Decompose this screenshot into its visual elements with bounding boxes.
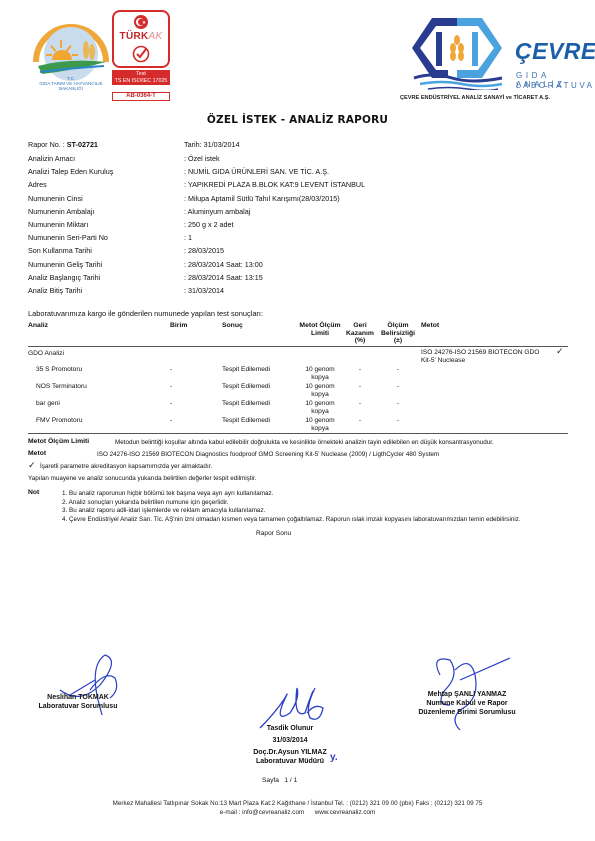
signature-left: Neslihan TOKMAK Laboratuvar Sorumlusu bbox=[28, 693, 128, 711]
note-item: 3. Bu analiz raporu adli-idari işlemlerd… bbox=[62, 507, 265, 514]
col-header-recovery-1: Geri bbox=[342, 322, 378, 330]
group-name: GDO Analizi bbox=[28, 350, 64, 358]
cell-uncertainty: - bbox=[378, 383, 418, 391]
cell-limit-line-1: 10 genom bbox=[295, 383, 345, 391]
signer-center-role: Laboratuvar Müdürü bbox=[240, 757, 340, 766]
cevre-company-name: ÇEVRE ENDÜSTRİYEL ANALİZ SANAYİ ve TİCAR… bbox=[400, 95, 595, 101]
report-number: Rapor No. : ST-02721 bbox=[28, 139, 98, 150]
signer-right-role-1: Numune Kabul ve Rapor bbox=[412, 699, 522, 708]
signer-right-role-2: Düzenleme Birimi Sorumlusu bbox=[412, 708, 522, 717]
info-label: Analizin Amacı bbox=[28, 153, 75, 164]
cell-sonuc: Tespit Edilemedi bbox=[222, 366, 270, 374]
info-value: : NUMİL GIDA ÜRÜNLERİ SAN. VE TİC. A.Ş. bbox=[184, 166, 329, 177]
signer-right-name: Mehtap ŞANLI YANMAZ bbox=[412, 690, 522, 699]
handwritten-initial: y. bbox=[330, 752, 338, 763]
note-item: 2. Analiz sonuçları yukarıda belirtilen … bbox=[62, 499, 229, 506]
cell-birim: - bbox=[170, 383, 180, 391]
col-header-uncertainty: Ölçüm Belirsizliği (±) bbox=[378, 322, 418, 345]
group-method-line-2: Kit-5' Nuclease bbox=[421, 357, 465, 365]
report-date-label: Tarih: bbox=[184, 140, 202, 149]
turkak-standard: TS EN ISO/IEC 17025 bbox=[112, 78, 170, 85]
cell-sonuc: Tespit Edilemedi bbox=[222, 383, 270, 391]
col-header-analiz: Analiz bbox=[28, 322, 48, 330]
info-label: Numunenin Geliş Tarihi bbox=[28, 259, 102, 270]
cevre-emblem-icon bbox=[402, 10, 512, 90]
page-indicator: Sayfa 1 / 1 bbox=[262, 777, 297, 784]
col-header-uncertainty-1: Ölçüm bbox=[378, 322, 418, 330]
info-value: : 250 g x 2 adet bbox=[184, 219, 234, 230]
report-end: Rapor Sonu bbox=[256, 530, 291, 537]
ministry-line-3: BAKANLIĞI bbox=[28, 86, 114, 91]
cell-analiz: NOS Terminatoru bbox=[36, 383, 87, 391]
accreditation-check-icon: ✓ bbox=[28, 460, 36, 471]
col-header-recovery-2: Kazanım bbox=[342, 330, 378, 338]
col-header-uncertainty-2: Belirsizliği bbox=[378, 330, 418, 338]
page-total: 1 bbox=[294, 777, 298, 784]
signature-right: Mehtap ŞANLI YANMAZ Numune Kabul ve Rapo… bbox=[412, 690, 522, 717]
report-number-value: ST-02721 bbox=[67, 140, 98, 149]
info-value: : 31/03/2014 bbox=[184, 285, 224, 296]
info-value: : Milupa Aptamil Sütlü Tahıl Karışımı(28… bbox=[184, 193, 340, 204]
table-header-divider bbox=[28, 346, 568, 347]
col-header-birim: Birim bbox=[170, 322, 187, 330]
notes-label: Not bbox=[28, 489, 39, 496]
cell-limit: 10 genomkopya bbox=[295, 383, 345, 399]
signature-center: Tasdik Olunur 31/03/2014 Doç.Dr.Aysun YI… bbox=[240, 724, 340, 766]
info-value: : 28/03/2015 bbox=[184, 245, 224, 256]
info-label: Adres bbox=[28, 179, 47, 190]
turkak-brand: TÜRKAK bbox=[112, 31, 170, 42]
cell-limit: 10 genomkopya bbox=[295, 400, 345, 416]
approval-label: Tasdik Olunur bbox=[240, 724, 340, 733]
col-header-limit: Metot Ölçüm Limiti bbox=[295, 322, 345, 337]
turkish-flag-icon bbox=[134, 15, 148, 29]
limit-note-text: Metodun belirttiği koşullar altında kabu… bbox=[115, 439, 494, 446]
report-number-label: Rapor No. : bbox=[28, 140, 65, 149]
cell-recovery: - bbox=[342, 366, 378, 374]
cell-limit: 10 genomkopya bbox=[295, 417, 345, 433]
cell-uncertainty: - bbox=[378, 366, 418, 374]
info-value: : Aluminyum ambalaj bbox=[184, 206, 250, 217]
cevre-brand-name: ÇEVRE bbox=[515, 38, 595, 65]
cell-limit-line-2: kopya bbox=[295, 408, 345, 416]
page-separator: / bbox=[290, 777, 292, 784]
col-header-recovery: Geri Kazanım (%) bbox=[342, 322, 378, 345]
cevre-logo: ÇEVRE GIDA ANALİZ LABORATUVARI ÇEVRE END… bbox=[400, 8, 595, 103]
cell-sonuc: Tespit Edilemedi bbox=[222, 417, 270, 425]
page-label: Sayfa bbox=[262, 777, 279, 784]
turkak-logo: TÜRKAK Test TS EN ISO/IEC 17025 AB-0364-… bbox=[112, 10, 172, 98]
check-badge-icon bbox=[132, 45, 150, 63]
cell-recovery: - bbox=[342, 417, 378, 425]
table-footer-divider bbox=[28, 433, 568, 434]
info-value: : Özel istek bbox=[184, 153, 220, 164]
cell-limit-line-1: 10 genom bbox=[295, 417, 345, 425]
report-date: Tarih: 31/03/2014 bbox=[184, 139, 240, 150]
info-label: Numunenin Ambalajı bbox=[28, 206, 94, 217]
accreditation-note: İşaretli parametre akreditasyon kapsamım… bbox=[40, 463, 212, 470]
signer-center-name: Doç.Dr.Aysun YILMAZ bbox=[240, 748, 340, 757]
info-value: : 28/03/2014 Saat: 13:00 bbox=[184, 259, 263, 270]
cell-limit-line-2: kopya bbox=[295, 391, 345, 399]
col-header-limit-1: Metot Ölçüm bbox=[295, 322, 345, 330]
info-label: Numunenin Seri-Parti No bbox=[28, 232, 108, 243]
footer-email[interactable]: info@cevreanaliz.com bbox=[242, 809, 304, 816]
report-date-value: 31/03/2014 bbox=[204, 140, 240, 149]
results-intro: Laboratuvarımıza kargo ile gönderilen nu… bbox=[28, 309, 263, 318]
info-label: Numunenin Cinsi bbox=[28, 193, 83, 204]
cell-sonuc: Tespit Edilemedi bbox=[222, 400, 270, 408]
cell-recovery: - bbox=[342, 400, 378, 408]
col-header-metot: Metot bbox=[421, 322, 439, 330]
method-note-text: ISO 24276-ISO 21569 BIOTECON Diagnostics… bbox=[97, 451, 439, 458]
accredited-check-icon: ✓ bbox=[556, 347, 564, 355]
cell-uncertainty: - bbox=[378, 417, 418, 425]
info-label: Analiz Bitiş Tarihi bbox=[28, 285, 82, 296]
info-value: : 1 bbox=[184, 232, 192, 243]
cevre-subtitle-2: LABORATUVARI bbox=[516, 81, 595, 90]
col-header-sonuc: Sonuç bbox=[222, 322, 243, 330]
col-header-limit-2: Limiti bbox=[295, 330, 345, 338]
turkak-accreditation: Test TS EN ISO/IEC 17025 bbox=[112, 70, 170, 85]
cell-recovery: - bbox=[342, 383, 378, 391]
cell-limit-line-1: 10 genom bbox=[295, 366, 345, 374]
signer-left-name: Neslihan TOKMAK bbox=[28, 693, 128, 702]
cell-analiz: FMV Promotoru bbox=[36, 417, 83, 425]
approval-date: 31/03/2014 bbox=[240, 736, 340, 745]
info-label: Analizi Talep Eden Kuruluş bbox=[28, 166, 113, 177]
footer-website[interactable]: www.cevreanaliz.com bbox=[315, 809, 376, 816]
cell-birim: - bbox=[170, 400, 180, 408]
info-value: : 28/03/2014 Saat: 13:15 bbox=[184, 272, 263, 283]
cell-birim: - bbox=[170, 366, 180, 374]
cell-analiz: 35 S Promotoru bbox=[36, 366, 82, 374]
limit-note-label: Metot Ölçüm Limiti bbox=[28, 438, 89, 445]
cell-limit-line-2: kopya bbox=[295, 425, 345, 433]
cell-limit-line-2: kopya bbox=[295, 374, 345, 382]
cell-limit-line-1: 10 genom bbox=[295, 400, 345, 408]
cell-limit: 10 genomkopya bbox=[295, 366, 345, 382]
ministry-logo: T.C. GIDA TARIM VE HAYVANCILIK BAKANLIĞI bbox=[28, 10, 114, 90]
group-method-line-1: ISO 24276-ISO 21569 BIOTECON GDO bbox=[421, 349, 539, 357]
col-header-recovery-3: (%) bbox=[342, 337, 378, 345]
note-item: 4. Çevre Endüstriyel Analiz San. Tic. AŞ… bbox=[62, 516, 521, 523]
turkak-code: AB-0364-T bbox=[112, 92, 170, 101]
info-label: Analiz Başlangıç Tarihi bbox=[28, 272, 100, 283]
info-label: Son Kullanma Tarihi bbox=[28, 245, 92, 256]
note-item: 1. Bu analiz raporunun hiçbir bölümü tek… bbox=[62, 490, 273, 497]
info-label: Numunenin Miktarı bbox=[28, 219, 88, 230]
info-value: : YAPIKREDİ PLAZA B.BLOK KAT:9 LEVENT İS… bbox=[184, 179, 365, 190]
turkak-test-label: Test bbox=[112, 71, 170, 78]
footer-email-label: e-mail : bbox=[220, 809, 241, 816]
footer-contact: e-mail : info@cevreanaliz.com www.cevrea… bbox=[0, 808, 595, 818]
report-title: ÖZEL İSTEK - ANALİZ RAPORU bbox=[0, 114, 595, 126]
page-current: 1 bbox=[284, 777, 288, 784]
signer-left-role: Laboratuvar Sorumlusu bbox=[28, 702, 128, 711]
cell-birim: - bbox=[170, 417, 180, 425]
method-note-label: Metot bbox=[28, 450, 46, 457]
statement-note: Yapılan muayene ve analiz sonucunda yuka… bbox=[28, 475, 256, 482]
col-header-uncertainty-3: (±) bbox=[378, 337, 418, 345]
cell-analiz: bar geni bbox=[36, 400, 60, 408]
cell-uncertainty: - bbox=[378, 400, 418, 408]
